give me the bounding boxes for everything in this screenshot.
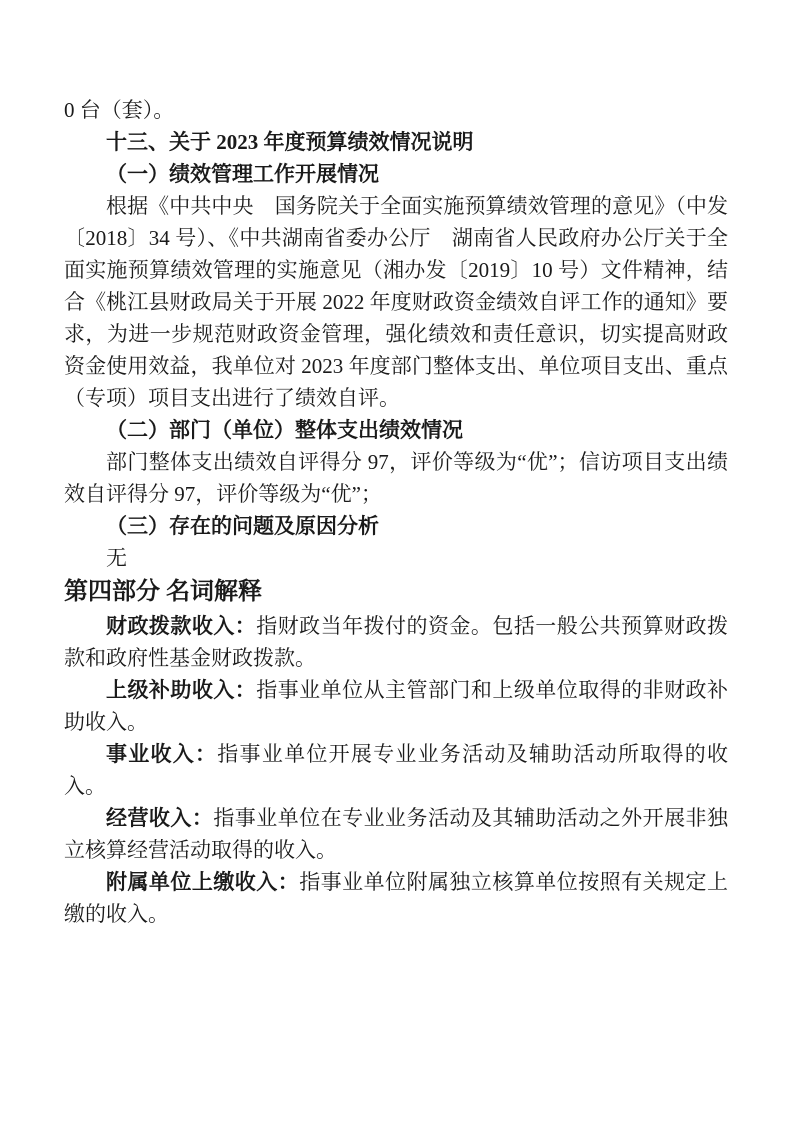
term-label: 附属单位上缴收入： bbox=[106, 870, 299, 894]
subsection-3-paragraph: 无 bbox=[64, 542, 728, 574]
term-paragraph: 财政拨款收入：指财政当年拨付的资金。包括一般公共预算财政拨款和政府性基金财政拨款… bbox=[64, 610, 728, 674]
section-13-heading: 十三、关于 2023 年度预算绩效情况说明 bbox=[64, 126, 728, 158]
term-label: 上级补助收入： bbox=[106, 678, 256, 702]
subsection-1-heading: （一）绩效管理工作开展情况 bbox=[64, 158, 728, 190]
term-paragraph: 经营收入：指事业单位在专业业务活动及其辅助活动之外开展非独立核算经营活动取得的收… bbox=[64, 802, 728, 866]
document-page: 0 台（套）。 十三、关于 2023 年度预算绩效情况说明 （一）绩效管理工作开… bbox=[0, 0, 793, 1122]
term-paragraph: 上级补助收入：指事业单位从主管部门和上级单位取得的非财政补助收入。 bbox=[64, 674, 728, 738]
subsection-3-heading: （三）存在的问题及原因分析 bbox=[64, 510, 728, 542]
part-4-heading: 第四部分 名词解释 bbox=[64, 574, 728, 610]
term-label: 经营收入： bbox=[106, 806, 213, 830]
term-paragraph: 附属单位上缴收入：指事业单位附属独立核算单位按照有关规定上缴的收入。 bbox=[64, 866, 728, 930]
continuation-text: 0 台（套）。 bbox=[64, 94, 728, 126]
subsection-2-heading: （二）部门（单位）整体支出绩效情况 bbox=[64, 414, 728, 446]
term-paragraph: 事业收入：指事业单位开展专业业务活动及辅助活动所取得的收入。 bbox=[64, 738, 728, 802]
term-label: 财政拨款收入： bbox=[106, 614, 256, 638]
subsection-2-paragraph: 部门整体支出绩效自评得分 97，评价等级为“优”；信访项目支出绩效自评得分 97… bbox=[64, 446, 728, 510]
term-label: 事业收入： bbox=[106, 742, 217, 766]
subsection-1-paragraph: 根据《中共中央 国务院关于全面实施预算绩效管理的意见》（中发〔2018〕34 号… bbox=[64, 190, 728, 414]
